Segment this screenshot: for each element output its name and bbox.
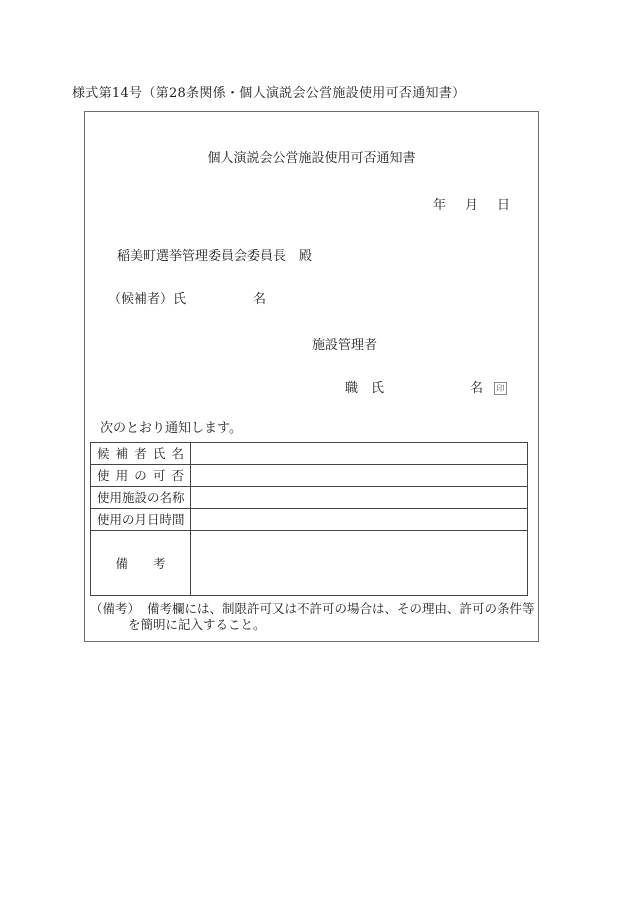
remarks-note-prefix: （備考） (90, 601, 140, 617)
table-row: 備 考 (91, 530, 527, 595)
notification-table: 候補者氏名 使用の可否 使用施設の名称 使用の月日時間 備 考 (90, 442, 528, 596)
table-value-candidate-name (191, 443, 527, 464)
table-value-use-datetime (191, 509, 527, 530)
table-label-remarks: 備 考 (91, 531, 191, 595)
notice-sentence: 次のとおり通知します。 (100, 417, 242, 436)
table-value-remarks (191, 531, 527, 595)
document-border-box: 個人演説会公営施設使用可否通知書 年 月 日 稲美町選挙管理委員会委員長 殿 （… (84, 111, 539, 642)
remarks-note-line2: を簡明に記入すること。 (128, 617, 542, 633)
signature-line: 職 氏名印 (345, 377, 507, 396)
addressee-line: 稲美町選挙管理委員会委員長 殿 (117, 245, 312, 264)
remarks-note: （備考） 備考欄には、制限許可又は不許可の場合は、その理由、許可の条件等 を簡明… (90, 601, 542, 633)
table-value-facility-name (191, 487, 527, 508)
table-value-use-permission (191, 465, 527, 486)
candidate-label: （候補者）氏 (108, 292, 186, 307)
seal-mark: 印 (494, 382, 507, 395)
table-label-use-datetime: 使用の月日時間 (91, 509, 191, 530)
signer-title-label: 職 氏 (345, 381, 384, 396)
table-row: 使用施設の名称 (91, 486, 527, 508)
candidate-name-line: （候補者）氏名 (108, 288, 266, 307)
table-label-facility-name: 使用施設の名称 (91, 487, 191, 508)
table-row: 使用の可否 (91, 464, 527, 486)
table-row: 使用の月日時間 (91, 508, 527, 530)
remarks-note-line1: （備考） 備考欄には、制限許可又は不許可の場合は、その理由、許可の条件等 (90, 601, 542, 617)
candidate-name-label: 名 (253, 292, 266, 307)
date-line: 年 月 日 (433, 194, 513, 213)
table-label-candidate-name: 候補者氏名 (91, 443, 191, 464)
form-style-label: 様式第14号（第28条関係・個人演説会公営施設使用可否通知書） (72, 82, 465, 101)
document-title: 個人演説会公営施設使用可否通知書 (85, 147, 538, 166)
facility-manager-label: 施設管理者 (312, 334, 377, 353)
table-label-use-permission: 使用の可否 (91, 465, 191, 486)
signer-name-label: 名 (470, 381, 483, 396)
remarks-note-text: 備考欄には、制限許可又は不許可の場合は、その理由、許可の条件等 (147, 601, 535, 617)
document-page: 様式第14号（第28条関係・個人演説会公営施設使用可否通知書） 個人演説会公営施… (0, 0, 630, 903)
table-row: 候補者氏名 (91, 443, 527, 464)
